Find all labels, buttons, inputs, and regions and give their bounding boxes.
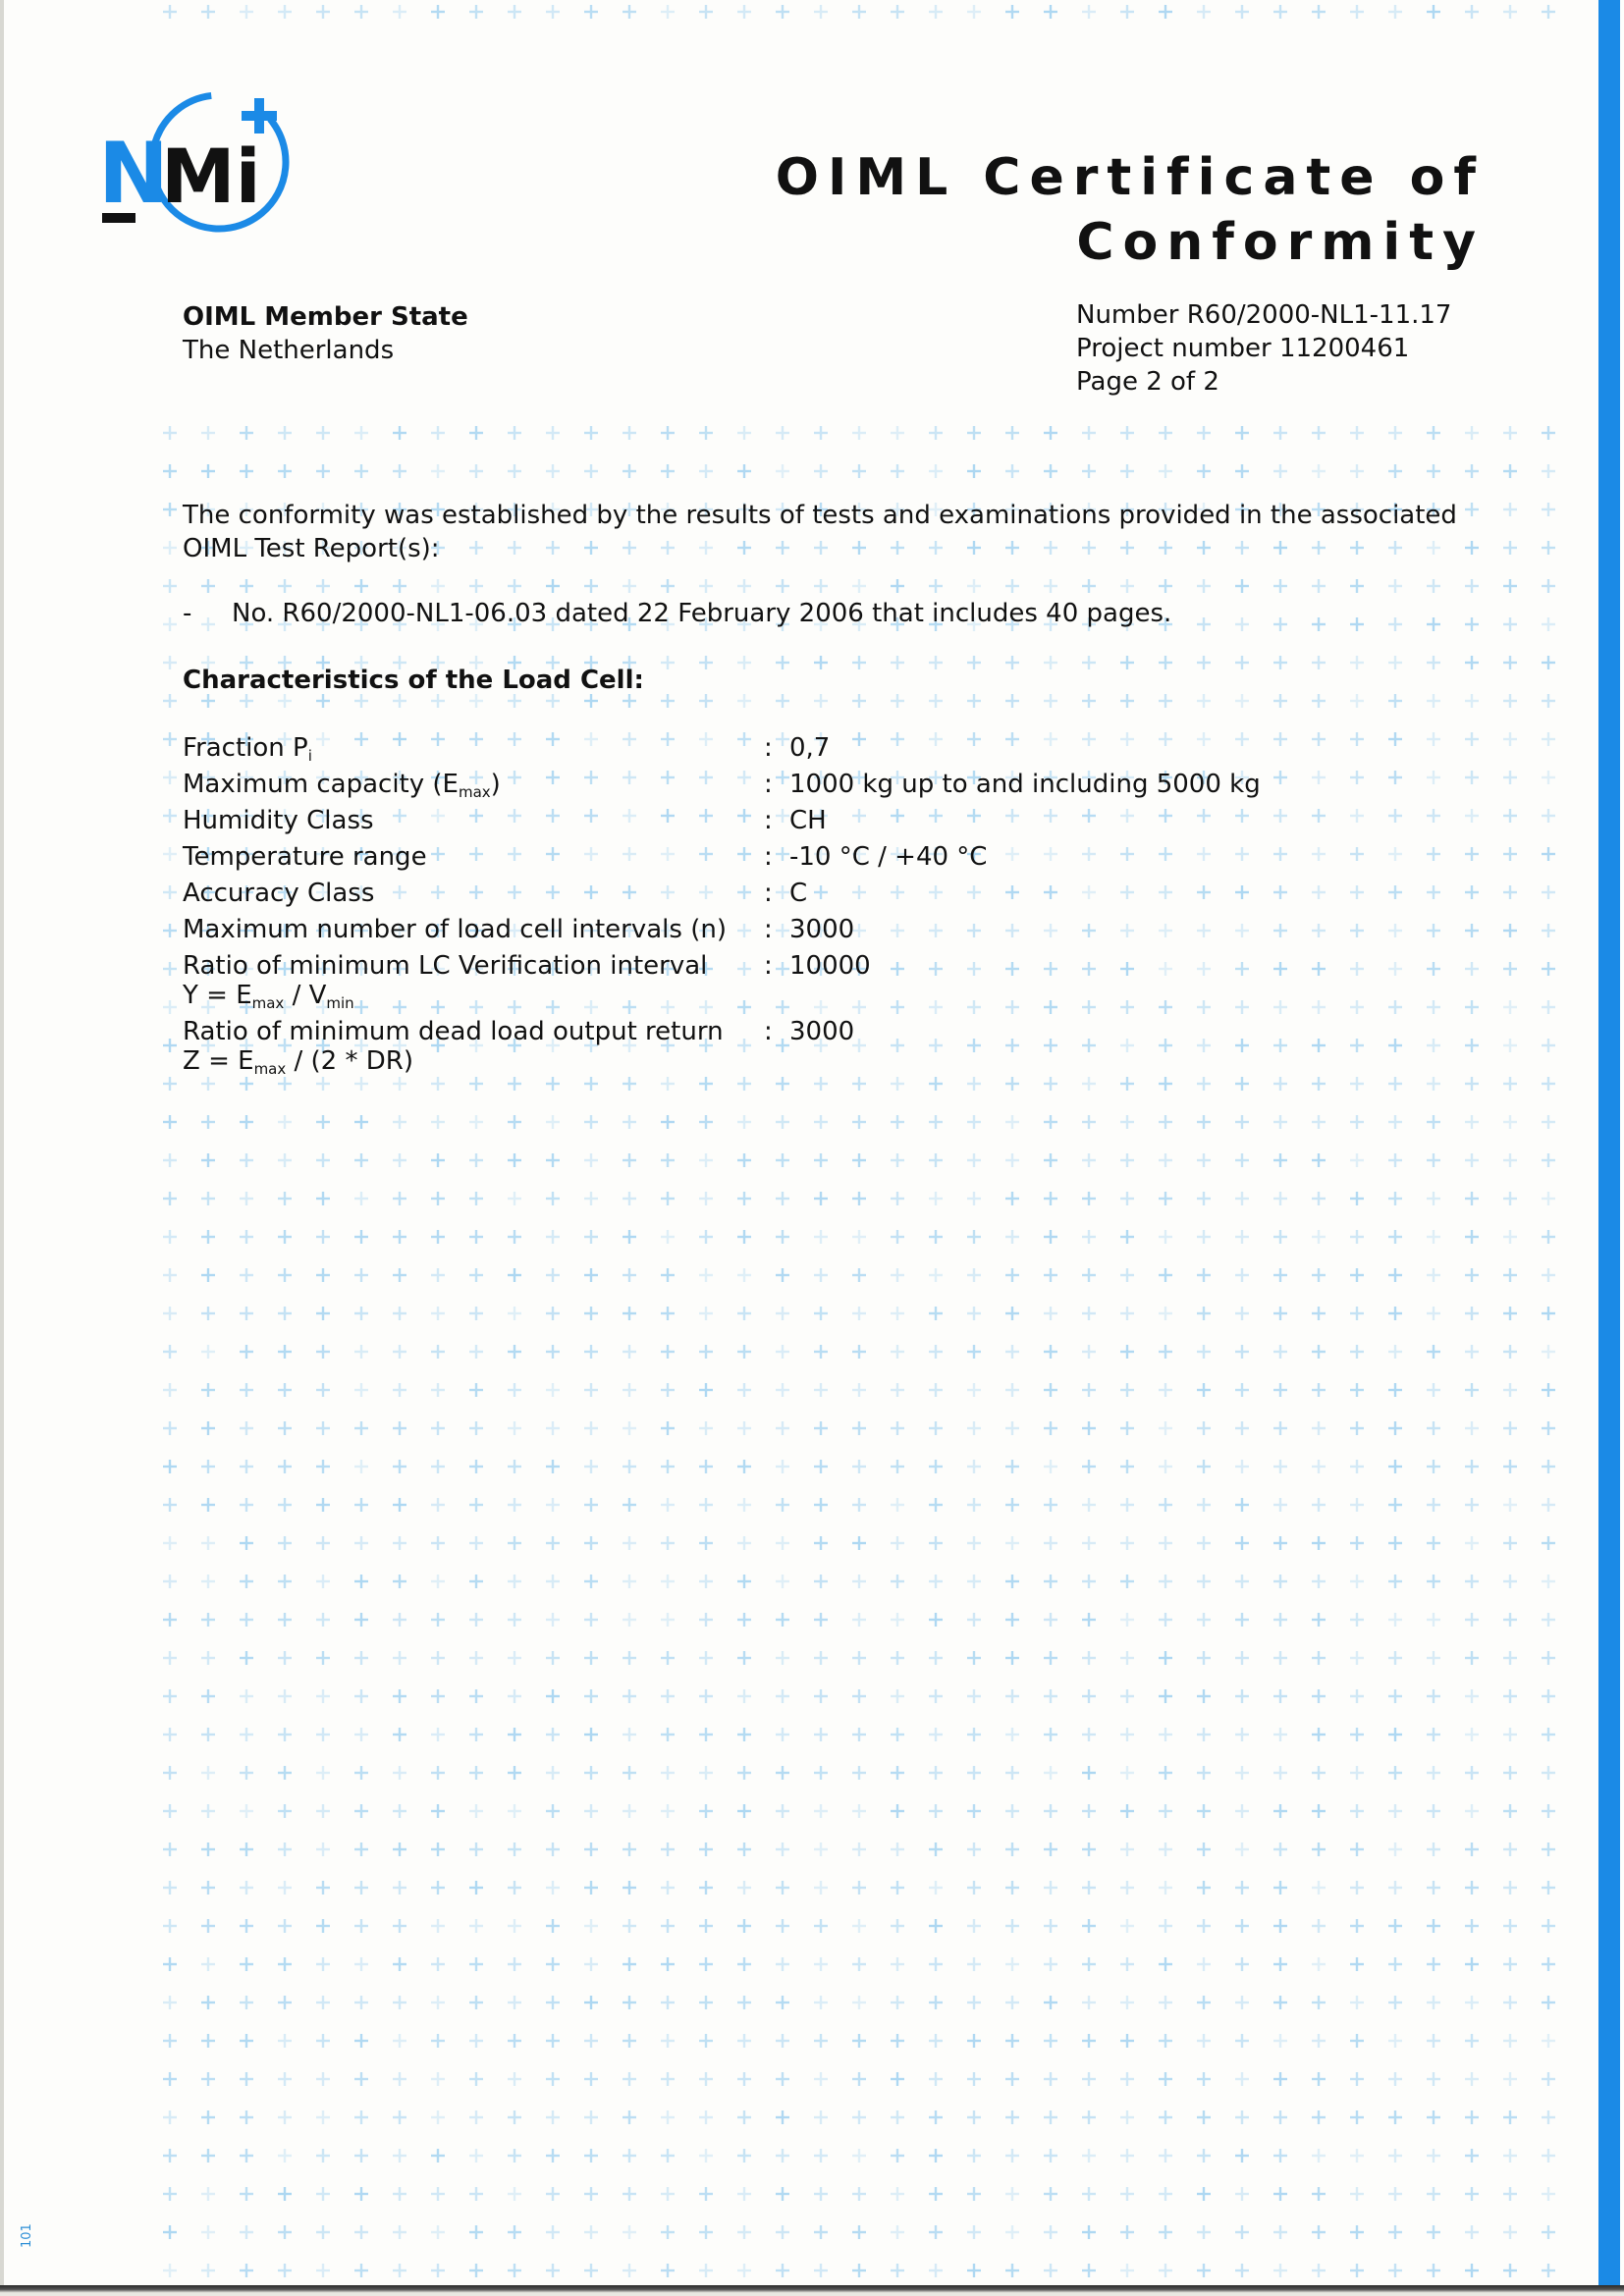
characteristic-value: 3000 — [789, 1014, 854, 1050]
characteristic-row: Maximum capacity (Emax):1000 kg up to an… — [183, 767, 1261, 803]
nmi-logo: N Mi — [96, 79, 312, 245]
characteristic-label: Humidity Class — [183, 803, 764, 839]
reference-block: Number R60/2000-NL1-11.17 Project number… — [1076, 298, 1451, 399]
characteristic-value: 10000 — [789, 948, 871, 985]
characteristic-label: Maximum capacity (Emax) — [183, 767, 764, 803]
characteristic-row: Temperature range:-10 °C / +40 °C — [183, 839, 1261, 876]
blue-side-stripe — [1598, 0, 1620, 2287]
characteristic-row: Maximum number of load cell intervals (n… — [183, 912, 1261, 948]
member-state-heading: OIML Member State — [183, 300, 468, 334]
page-left-edge — [0, 0, 4, 2296]
characteristic-label: Temperature range — [183, 839, 764, 876]
logo-plus-h — [242, 111, 277, 121]
characteristic-value: 1000 kg up to and including 5000 kg — [789, 767, 1261, 803]
characteristic-value: C — [789, 876, 807, 912]
separator-colon: : — [764, 948, 789, 985]
characteristic-row: Ratio of minimum dead load output return… — [183, 1014, 1261, 1050]
characteristic-value: -10 °C / +40 °C — [789, 839, 987, 876]
test-report-item: - No. R60/2000-NL1-06.03 dated 22 Februa… — [183, 597, 1171, 630]
project-number: Project number 11200461 — [1076, 332, 1451, 365]
formula: Z = Emax / (2 * DR) — [183, 1046, 764, 1076]
page-number: Page 2 of 2 — [1076, 365, 1451, 399]
characteristic-value: CH — [789, 803, 827, 839]
separator-colon: : — [764, 730, 789, 767]
characteristic-label: Fraction Pi — [183, 730, 764, 767]
subscript: max — [459, 783, 491, 801]
title-line-1: OIML Certificate of — [776, 145, 1485, 210]
separator-colon: : — [764, 912, 789, 948]
formula: Y = Emax / Vmin — [183, 981, 764, 1010]
title-line-2: Conformity — [776, 210, 1485, 275]
separator-colon: : — [764, 1014, 789, 1050]
member-state-name: The Netherlands — [183, 334, 468, 367]
logo-mi: Mi — [161, 133, 261, 220]
intro-paragraph: The conformity was established by the re… — [183, 499, 1459, 565]
side-number: 101 — [20, 2223, 34, 2248]
test-report-text: No. R60/2000-NL1-06.03 dated 22 February… — [232, 597, 1171, 630]
characteristics-heading: Characteristics of the Load Cell: — [183, 664, 644, 697]
characteristic-row: Accuracy Class:C — [183, 876, 1261, 912]
characteristic-row: Humidity Class:CH — [183, 803, 1261, 839]
page-bottom-edge — [0, 2285, 1624, 2296]
separator-colon: : — [764, 803, 789, 839]
subscript: i — [308, 747, 312, 765]
bullet-dash: - — [183, 597, 232, 630]
certificate-title: OIML Certificate of Conformity — [776, 145, 1485, 275]
subscript: min — [326, 994, 353, 1012]
characteristic-row: Ratio of minimum LC Verification interva… — [183, 948, 1261, 985]
characteristic-value: 0,7 — [789, 730, 830, 767]
characteristic-label: Accuracy Class — [183, 876, 764, 912]
characteristic-label: Ratio of minimum dead load output return — [183, 1014, 764, 1050]
separator-colon: : — [764, 839, 789, 876]
characteristic-label: Maximum number of load cell intervals (n… — [183, 912, 764, 948]
characteristic-label: Ratio of minimum LC Verification interva… — [183, 948, 764, 985]
subscript: max — [252, 994, 285, 1012]
certificate-number: Number R60/2000-NL1-11.17 — [1076, 298, 1451, 332]
characteristics-table: Fraction Pi:0,7Maximum capacity (Emax):1… — [183, 730, 1261, 1080]
member-state-block: OIML Member State The Netherlands — [183, 300, 468, 367]
characteristic-value: 3000 — [789, 912, 854, 948]
formula-row: Z = Emax / (2 * DR) — [183, 1046, 1261, 1076]
separator-colon: : — [764, 767, 789, 803]
logo-n: N — [98, 125, 169, 223]
logo-underline — [102, 213, 135, 223]
subscript: max — [254, 1060, 287, 1078]
characteristic-row: Fraction Pi:0,7 — [183, 730, 1261, 767]
formula-row: Y = Emax / Vmin — [183, 981, 1261, 1010]
separator-colon: : — [764, 876, 789, 912]
